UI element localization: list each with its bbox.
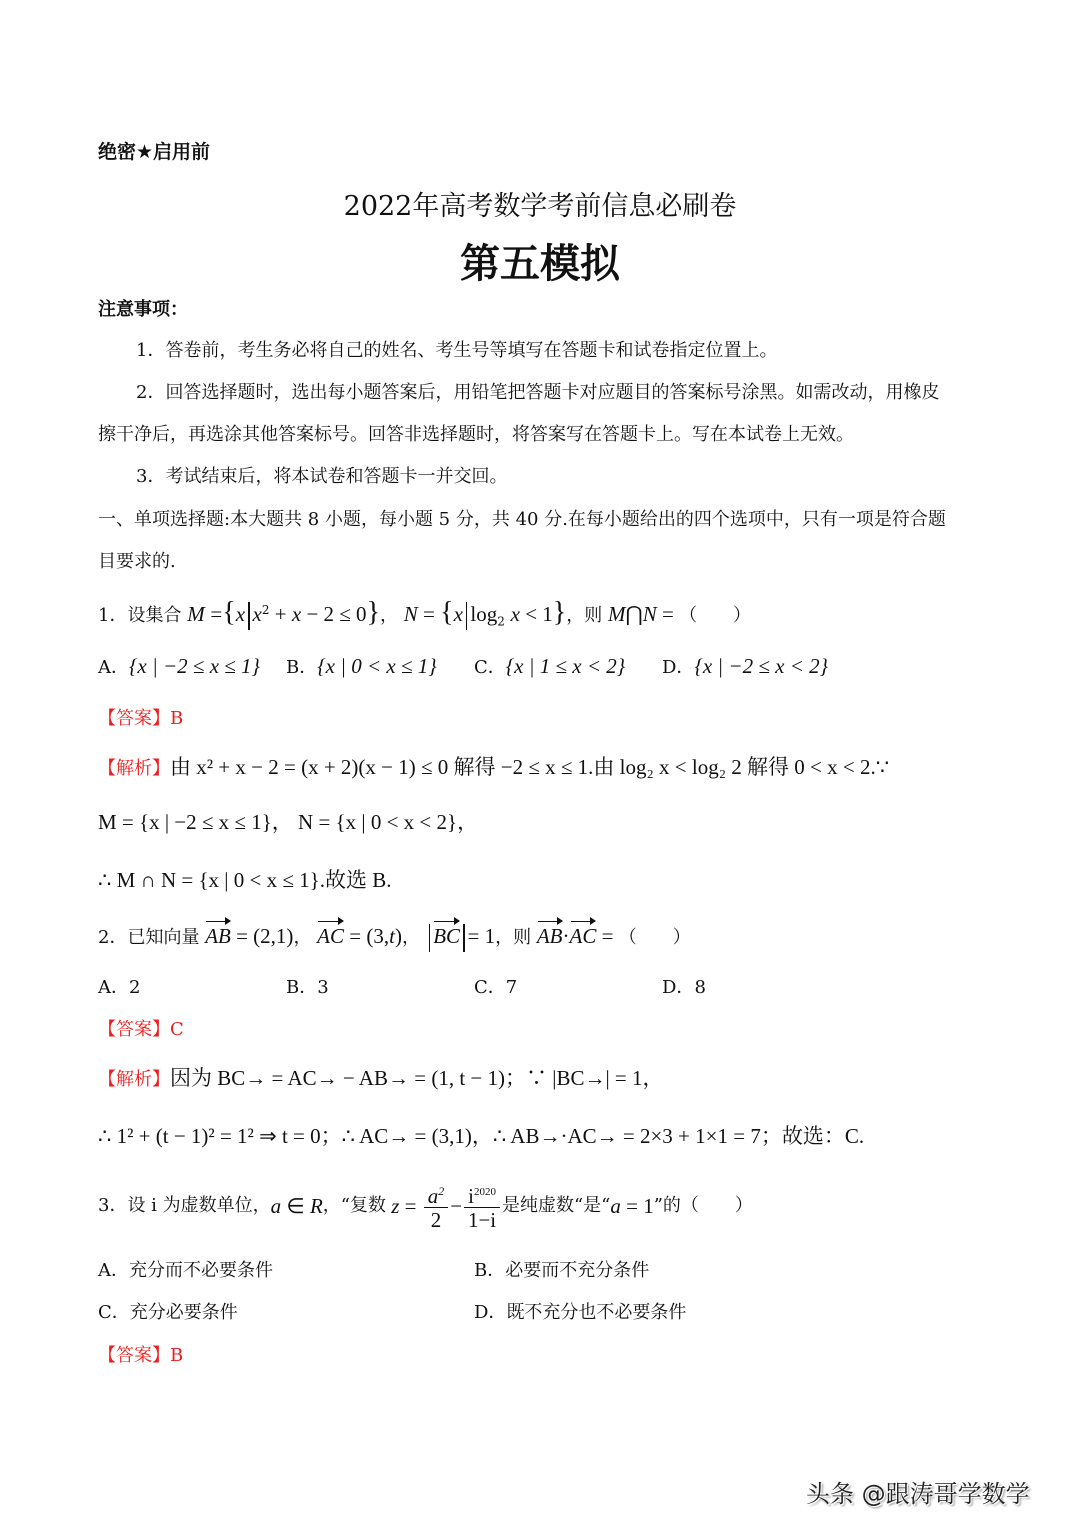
question-2-stem: 2．已知向量 AB = (2,1)， AC = (3,t)， BC= 1，则 A… bbox=[98, 924, 691, 952]
question-1-analysis-line-3: ∴ M ∩ N = {x | 0 < x ≤ 1}.故选 B. bbox=[98, 868, 391, 894]
question-1-analysis-line-2: M = {x | −2 ≤ x ≤ 1}， N = {x | 0 < x < 2… bbox=[98, 810, 478, 836]
question-1-stem: 1．设集合 M ={xx2 + x − 2 ≤ 0}， N = {xlog2 x… bbox=[98, 598, 751, 634]
question-1-option-b[interactable]: B．{x | 0 < x ≤ 1} bbox=[286, 654, 437, 680]
question-3-option-a[interactable]: A．充分而不必要条件 bbox=[98, 1259, 273, 1283]
question-2-option-c[interactable]: C．7 bbox=[474, 976, 517, 1000]
question-3-option-c[interactable]: C．充分必要条件 bbox=[98, 1301, 238, 1325]
question-3-answer: 【答案】B bbox=[98, 1344, 183, 1368]
question-3-stem: 3．设 i 为虚数单位， a ∈ R，“复数 z = a22 − i20201−… bbox=[98, 1180, 753, 1232]
question-3-prefix: 3．设 i 为虚数单位， bbox=[98, 1194, 271, 1218]
notice-item-2: 2．回答选择题时，选出每小题答案后，用铅笔把答题卡对应题目的答案标号涂黑。如需改… bbox=[136, 381, 939, 405]
section-heading-cont: 目要求的. bbox=[98, 550, 176, 574]
question-2-analysis-line-1: 【解析】因为 BC→ = AC→ − AB→ = (1, t − 1)；∵ |B… bbox=[98, 1066, 664, 1092]
notice-item-3: 3．考试结束后，将本试卷和答题卡一并交回。 bbox=[136, 465, 507, 489]
watermark: 头条 @跟涛哥学数学 bbox=[806, 1474, 1030, 1509]
question-1-option-c[interactable]: C．{x | 1 ≤ x < 2} bbox=[474, 654, 625, 680]
section-heading: 一、单项选择题:本大题共 8 小题，每小题 5 分，共 40 分.在每小题给出的… bbox=[98, 508, 946, 532]
exam-title: 2022年高考数学考前信息必刷卷 bbox=[0, 184, 1080, 223]
question-2-analysis-line-2: ∴ 1² + (t − 1)² = 1² ⇒ t = 0；∴ AC→ = (3,… bbox=[98, 1124, 864, 1150]
question-2-prefix: 2．已知向量 bbox=[98, 927, 199, 948]
question-2-option-b[interactable]: B．3 bbox=[286, 976, 329, 1000]
question-1-option-a[interactable]: A．{x | −2 ≤ x ≤ 1} bbox=[98, 654, 260, 680]
question-1-option-d[interactable]: D．{x | −2 ≤ x < 2} bbox=[662, 654, 828, 680]
notice-item-2-cont: 擦干净后，再选涂其他答案标号。回答非选择题时，将答案写在答题卡上。写在本试卷上无… bbox=[98, 423, 854, 447]
question-1-analysis-line-1: 【解析】由 x² + x − 2 = (x + 2)(x − 1) ≤ 0 解得… bbox=[98, 755, 889, 781]
exam-subtitle: 第五模拟 bbox=[0, 232, 1080, 289]
notice-item-1: 1．答卷前，考生务必将自己的姓名、考生号等填写在答题卡和试卷指定位置上。 bbox=[136, 339, 777, 363]
question-2-option-a[interactable]: A．2 bbox=[98, 976, 140, 1000]
question-1-prefix: 1．设集合 bbox=[98, 605, 181, 626]
question-2-option-d[interactable]: D．8 bbox=[662, 976, 706, 1000]
notice-heading: 注意事项： bbox=[98, 298, 188, 322]
question-3-option-d[interactable]: D．既不充分也不必要条件 bbox=[474, 1301, 686, 1325]
question-2-answer: 【答案】C bbox=[98, 1018, 184, 1042]
secret-label: 绝密★启用前 bbox=[98, 140, 210, 164]
question-3-option-b[interactable]: B．必要而不充分条件 bbox=[474, 1259, 649, 1283]
question-1-answer: 【答案】B bbox=[98, 707, 183, 731]
